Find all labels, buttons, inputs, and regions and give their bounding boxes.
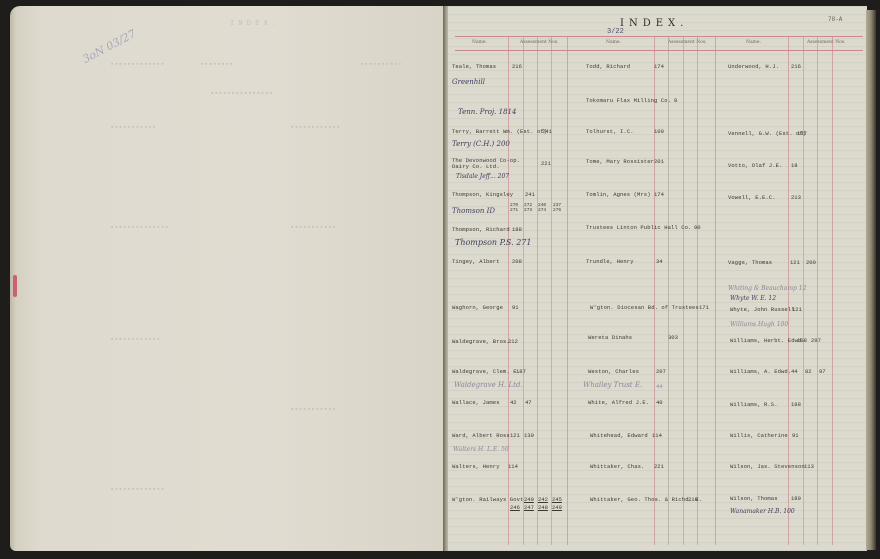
- bleed-through-text: ▪▪▪▪▪▪▪▪▪▪▪▪▪: [110, 486, 165, 494]
- index-entry: W'gton. Railways Govt.: [452, 496, 527, 503]
- assessment-number: 114: [652, 432, 662, 439]
- bleed-through-text: ▪▪▪▪▪▪▪▪: [200, 61, 234, 69]
- assessment-number: 245: [552, 496, 562, 503]
- assessment-number: 108: [797, 337, 807, 344]
- bleed-through-text: I N D E X .: [230, 20, 276, 28]
- index-entry: White, Alfred J.E.: [588, 399, 649, 406]
- handwritten-entry: Waldegrave H. Ltd.: [454, 381, 523, 389]
- assessment-number: 237 276: [553, 203, 565, 213]
- index-entry: Votto, Olaf J.E.: [728, 162, 782, 169]
- index-entry: Vowell, E.E.C.: [728, 194, 776, 201]
- col-header-assessment-2: Assessment Nos.: [668, 40, 707, 45]
- index-entry: Wilson, Jas. Stevenson: [730, 463, 805, 470]
- assessment-number: 216: [791, 63, 801, 70]
- handwritten-entry: Greenhill: [452, 78, 485, 86]
- index-entry: Waldegrave, Bros.: [452, 338, 510, 345]
- assessment-number: 188: [512, 226, 522, 233]
- index-entry: Tingey, Albert: [452, 258, 500, 265]
- bleed-through-text: ▪▪▪▪▪▪▪▪▪▪: [360, 61, 402, 69]
- assessment-number: 114: [508, 463, 518, 470]
- index-entry: Thompson, Richard: [452, 226, 510, 233]
- column-rule: [832, 37, 833, 545]
- assessment-number: 249: [552, 504, 562, 511]
- assessment-number: 212: [508, 338, 518, 345]
- assessment-number: 130: [524, 432, 534, 439]
- index-entry: Wilson, Thomas: [730, 495, 778, 502]
- index-entry: Vaggs, Thomas: [728, 259, 772, 266]
- index-entry: Terry, Barrett Wm. (Est. of): [452, 128, 547, 135]
- assessment-number: 18: [791, 162, 798, 169]
- assessment-number: 303: [668, 334, 678, 341]
- assessment-number: 216: [512, 63, 522, 70]
- left-page: 3oN 03/27 I N D E X . ▪▪▪▪▪▪▪▪▪▪▪▪▪ ▪▪▪▪…: [10, 6, 444, 551]
- assessment-number: 241: [525, 191, 535, 198]
- column-rule: [523, 37, 524, 545]
- index-entry: Ward, Albert Ross: [452, 432, 510, 439]
- bleed-through-text: ▪▪▪▪▪▪▪▪▪▪▪▪: [110, 336, 160, 344]
- assessment-number: 171: [699, 304, 709, 311]
- assessment-number: 272 273: [524, 203, 536, 213]
- assessment-number: 91: [512, 304, 519, 311]
- col-header-name-2: Name.: [606, 40, 621, 45]
- assessment-number: 187: [516, 368, 526, 375]
- col-header-assessment-3: Assessment Nos.: [807, 40, 846, 45]
- handwritten-entry: Tisdale Jeff... 207: [456, 173, 509, 180]
- index-entry: Tomlin, Agnes (Mrs): [586, 191, 651, 198]
- index-entry: Thompson, Kingsley: [452, 191, 513, 198]
- handwritten-entry: Tenn. Proj. 1814: [458, 108, 516, 116]
- index-entry: Whitehead, Edward: [590, 432, 648, 439]
- bleed-through-text: ▪▪▪▪▪▪▪▪▪▪▪: [290, 224, 336, 232]
- handwritten-entry: Thomson ID: [452, 207, 495, 215]
- assessment-number: 221: [541, 160, 551, 167]
- assessment-number: 82: [805, 368, 812, 375]
- handwritten-entry: Terry (C.H.) 200: [452, 140, 510, 148]
- handwritten-entry: Whalley Trust E.: [583, 381, 642, 389]
- assessment-number: 174: [654, 191, 664, 198]
- assessment-number: 188: [791, 401, 801, 408]
- assessment-number: 221: [654, 463, 664, 470]
- red-ink-mark: [13, 275, 17, 297]
- index-entry: Vennell, G.W. (Est. of): [728, 130, 806, 137]
- right-page-edge: [866, 10, 876, 550]
- assessment-number: 247: [524, 504, 534, 511]
- assessment-number: 174: [654, 63, 664, 70]
- bleed-through-text: ▪▪▪▪▪▪▪▪▪▪▪▪▪▪: [110, 224, 169, 232]
- assessment-number: 180: [791, 495, 801, 502]
- assessment-number: 42: [510, 399, 517, 406]
- index-entry: The Devonwood Co-op. Dairy Co. Ltd.: [452, 158, 534, 170]
- index-entry: Whyte, John Russell: [730, 306, 795, 313]
- handwritten-entry: Thompson P.S. 271: [455, 238, 531, 247]
- column-rule: [715, 37, 716, 545]
- header-rule-bottom: [455, 50, 863, 51]
- assessment-number: 97: [819, 368, 826, 375]
- assessment-number: 34: [656, 258, 663, 265]
- index-entry: Teale, Thomas: [452, 63, 496, 70]
- col-header-name-1: Name.: [472, 40, 487, 45]
- index-entry: Tokomaru Flax Milling Co.: [586, 97, 671, 104]
- index-entry: Weston, Charles: [588, 368, 639, 375]
- assessment-number: 100: [654, 128, 664, 135]
- page-title: INDEX.: [620, 18, 688, 29]
- index-entry: W'gton. Diocesan Bd. of Trustees: [590, 304, 699, 311]
- assessment-number: 270 271: [510, 203, 522, 213]
- assessment-number: 200: [806, 259, 816, 266]
- column-rule: [817, 37, 818, 545]
- index-entry: Tome, Mary Rossister: [586, 158, 654, 165]
- index-entry: Whittaker, Chas.: [590, 463, 644, 470]
- column-rule: [668, 37, 669, 545]
- bleed-through-text: ▪▪▪▪▪▪▪▪▪▪▪: [290, 406, 336, 414]
- assessment-number: 201: [654, 158, 664, 165]
- assessment-number: 240: [524, 496, 534, 503]
- index-entry: Williams, Herbt. Edwd.: [730, 337, 805, 344]
- assessment-number: 208: [512, 258, 522, 265]
- assessment-number: 210: [688, 496, 698, 503]
- assessment-number: 241: [542, 128, 552, 135]
- col-header-name-3: Name.: [746, 40, 761, 45]
- column-rule: [551, 37, 552, 545]
- handwritten-entry: Whiting & Beauchamp 12: [728, 285, 806, 292]
- bleed-through-text: ▪▪▪▪▪▪▪▪▪▪▪: [110, 124, 156, 132]
- assessment-number: 137: [797, 130, 807, 137]
- column-rule: [683, 37, 684, 545]
- handwritten-entry: Wanamaker H.B. 100: [730, 508, 795, 515]
- page-number: 78-A: [828, 16, 842, 23]
- bleed-through-text: ▪▪▪▪▪▪▪▪▪▪▪▪▪: [110, 61, 165, 69]
- col-header-assessment-1: Assessment Nos.: [520, 40, 559, 45]
- assessment-number: 91: [792, 432, 799, 439]
- assessment-number: 121: [510, 432, 520, 439]
- index-entry: Walters, Henry: [452, 463, 500, 470]
- index-entry: Tolhurst, I.C.: [586, 128, 634, 135]
- assessment-number: 248: [538, 504, 548, 511]
- handwritten-entry: Whyte W. E. 12: [730, 295, 776, 302]
- assessment-number: 121: [792, 306, 802, 313]
- assessment-number: 240 274: [538, 203, 550, 213]
- assessment-number: 297: [811, 337, 821, 344]
- index-entry: Trundle, Henry: [586, 258, 634, 265]
- handwritten-entry: Walters H. L.E. 50: [453, 446, 509, 453]
- index-entry: Whittaker, Geo. Thos. & Richd. E.: [590, 496, 702, 503]
- index-entry: Waghorn, George: [452, 304, 503, 311]
- index-entry: Trustees Linton Public Hall Co.: [586, 224, 691, 231]
- index-entry: Wallace, James: [452, 399, 500, 406]
- bleed-through-text: ▪▪▪▪▪▪▪▪▪▪▪▪▪▪▪: [210, 90, 273, 98]
- index-entry: Williams, R.S.: [730, 401, 778, 408]
- date-mark: 3/22: [607, 28, 624, 36]
- assessment-number: 40: [656, 399, 663, 406]
- index-entry: Underwood, H.J.: [728, 63, 779, 70]
- bleed-through-text: ▪▪▪▪▪▪▪▪▪▪▪▪: [290, 124, 340, 132]
- index-entry: Willis, Catherine: [730, 432, 788, 439]
- handwritten-entry: Williams Hugh 100: [730, 321, 788, 328]
- assessment-number: 47: [525, 399, 532, 406]
- assessment-number: 246: [510, 504, 520, 511]
- assessment-number: 113: [804, 463, 814, 470]
- column-rule: [537, 37, 538, 545]
- assessment-number: 213: [791, 194, 801, 201]
- assessment-number: 242: [538, 496, 548, 503]
- column-rule: [567, 37, 568, 545]
- index-entry: Wereta Dinahs: [588, 334, 632, 341]
- column-rule: [697, 37, 698, 545]
- index-entry: Williams, A. Edwd.: [730, 368, 791, 375]
- index-entry: Todd, Richard: [586, 63, 630, 70]
- assessment-number: 90: [694, 224, 701, 231]
- assessment-number: 44: [791, 368, 798, 375]
- header-rule-top: [455, 36, 863, 37]
- index-entry: Waldegrave, Clem. E.: [452, 368, 520, 375]
- assessment-number: 44: [656, 383, 663, 390]
- assessment-number: 207: [656, 368, 666, 375]
- assessment-number: 8: [674, 97, 677, 104]
- assessment-number: 121: [790, 259, 800, 266]
